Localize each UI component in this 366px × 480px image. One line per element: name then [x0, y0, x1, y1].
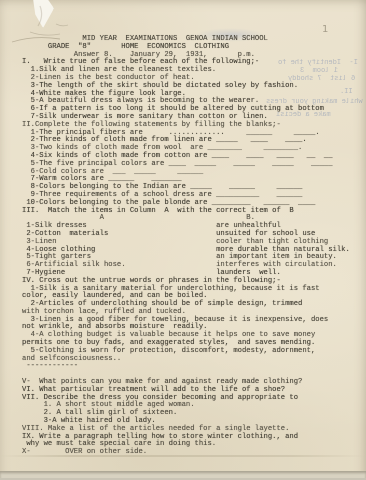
typed-line: 2-Linen is the best conductor of heat.	[22, 75, 350, 83]
typed-line: 1-Silk is a sanitary material for underc…	[22, 286, 350, 294]
typed-line: 6-Cold colors are ___ _____ ______	[22, 169, 350, 177]
typed-line: 6-Artificial silk hose. interferes with …	[22, 262, 350, 270]
typed-line: 3-Two kinds of cloth made from wool are …	[22, 145, 350, 153]
typed-line: 5-A beautiful dress always is becoming t…	[22, 98, 350, 106]
typed-line: 2. A tall slim girl of sixteen.	[22, 410, 350, 418]
typed-line: MID YEAR EXAMINATIONS GENOA INDIAN SCHOO…	[22, 36, 350, 44]
typed-line: 4-A clothing budget is valuable because …	[22, 332, 350, 340]
typed-line: 3-Linen is a good fiber for toweling, be…	[22, 317, 350, 325]
typed-line: ------------	[22, 363, 350, 371]
typed-line: V- What points can you make for and agai…	[22, 379, 350, 387]
typewritten-text: MID YEAR EXAMINATIONS GENOA INDIAN SCHOO…	[22, 36, 350, 457]
typed-line: 1-The principal fibers are .............…	[22, 130, 350, 138]
typed-line: Answer 8. January 29, 1931, p.m.	[22, 52, 350, 60]
torn-paper-patch	[28, 0, 54, 28]
typed-line: and selfconsciousness..	[22, 356, 350, 364]
pencil-mark: 1	[322, 24, 328, 35]
typed-line: VIII. Make a list of the articles needed…	[22, 426, 350, 434]
scanned-exam-page: 1 I- Identify the fo1 loom 36 list 7 sho…	[0, 0, 366, 480]
typed-line: 3-Linen cooler than tight clothing	[22, 239, 350, 247]
paper-crease	[0, 455, 366, 457]
typed-line: 9-Three requirements of a school dress a…	[22, 192, 350, 200]
typed-line: 1-Silk dresses are unhealthful	[22, 223, 350, 231]
